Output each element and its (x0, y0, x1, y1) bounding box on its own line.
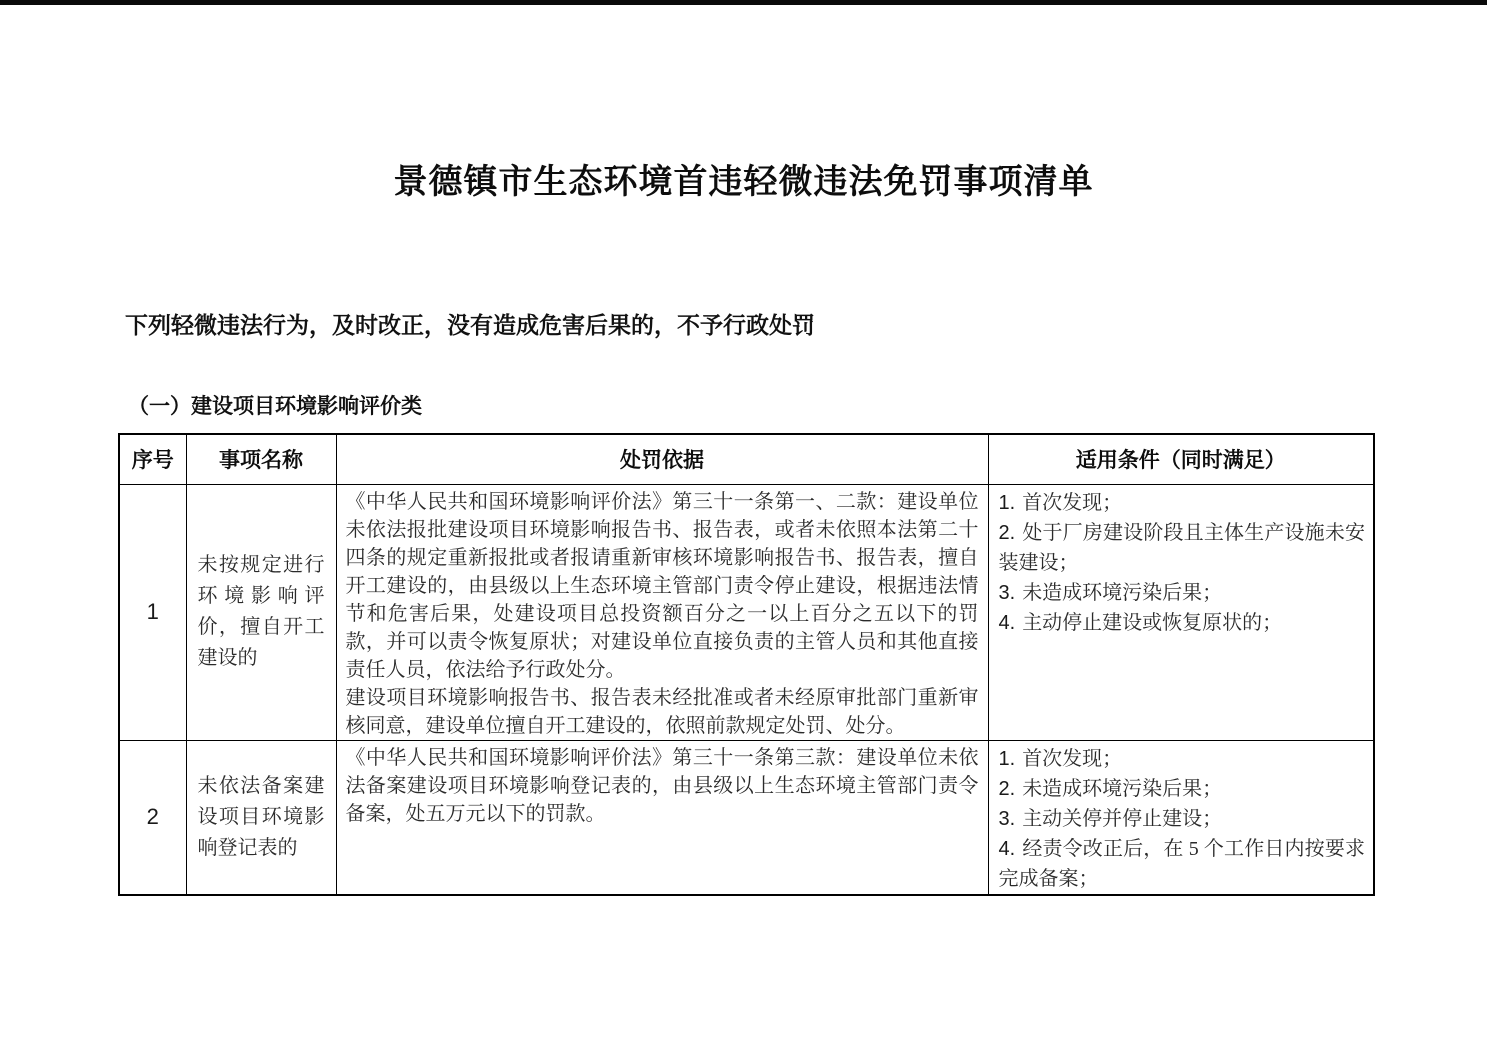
condition-item: 2.未造成环境污染后果； (999, 774, 1366, 804)
penalty-basis-cell: 《中华人民共和国环境影响评价法》第三十一条第一、二款：建设单位未依法报批建设项目… (336, 484, 988, 740)
condition-number: 3. (999, 808, 1016, 830)
penalty-paragraph: 《中华人民共和国环境影响评价法》第三十一条第三款：建设单位未依法备案建设项目环境… (346, 744, 979, 828)
penalty-table: 序号 事项名称 处罚依据 适用条件（同时满足） 1 未按规定进行环境影响评价，擅… (118, 433, 1375, 896)
condition-item: 3.未造成环境污染后果； (999, 578, 1366, 608)
row-index: 1 (119, 484, 186, 740)
condition-text: 主动停止建设或恢复原状的； (1022, 612, 1282, 634)
condition-text: 首次发现； (1022, 492, 1122, 514)
condition-item: 2.处于厂房建设阶段且主体生产设施未安装建设； (999, 518, 1366, 578)
table-row: 1 未按规定进行环境影响评价，擅自开工建设的 《中华人民共和国环境影响评价法》第… (119, 484, 1374, 740)
condition-text: 经责令改正后，在 5 个工作日内按要求完成备案； (999, 838, 1366, 890)
condition-item: 3.主动关停并停止建设； (999, 804, 1366, 834)
condition-item: 4.经责令改正后，在 5 个工作日内按要求完成备案； (999, 834, 1366, 894)
penalty-paragraph: 《中华人民共和国环境影响评价法》第三十一条第一、二款：建设单位未依法报批建设项目… (346, 488, 979, 684)
condition-number: 4. (999, 612, 1016, 634)
condition-item: 1.首次发现； (999, 488, 1366, 518)
condition-number: 2. (999, 778, 1016, 800)
item-name-cell: 未按规定进行环境影响评价，擅自开工建设的 (186, 484, 336, 740)
conditions-cell: 1.首次发现； 2.处于厂房建设阶段且主体生产设施未安装建设； 3.未造成环境污… (988, 484, 1374, 740)
conditions-cell: 1.首次发现； 2.未造成环境污染后果； 3.主动关停并停止建设； 4.经责令改… (988, 740, 1374, 895)
table-row: 2 未依法备案建设项目环境影响登记表的 《中华人民共和国环境影响评价法》第三十一… (119, 740, 1374, 895)
condition-number: 1. (999, 492, 1016, 514)
document-page: 景德镇市生态环境首违轻微违法免罚事项清单 下列轻微违法行为，及时改正，没有造成危… (0, 0, 1487, 1051)
top-edge-bar (0, 0, 1487, 5)
condition-text: 未造成环境污染后果； (1022, 778, 1222, 800)
column-header-conditions: 适用条件（同时满足） (988, 434, 1374, 484)
item-name-cell: 未依法备案建设项目环境影响登记表的 (186, 740, 336, 895)
condition-text: 首次发现； (1022, 748, 1122, 770)
column-header-item-name: 事项名称 (186, 434, 336, 484)
condition-number: 2. (999, 522, 1016, 544)
condition-item: 1.首次发现； (999, 744, 1366, 774)
column-header-penalty-basis: 处罚依据 (336, 434, 988, 484)
condition-text: 处于厂房建设阶段且主体生产设施未安装建设； (999, 522, 1366, 574)
intro-text: 下列轻微违法行为，及时改正，没有造成危害后果的，不予行政处罚 (125, 309, 815, 341)
condition-item: 4.主动停止建设或恢复原状的； (999, 608, 1366, 638)
condition-number: 4. (999, 838, 1016, 860)
table-header-row: 序号 事项名称 处罚依据 适用条件（同时满足） (119, 434, 1374, 484)
penalty-basis-cell: 《中华人民共和国环境影响评价法》第三十一条第三款：建设单位未依法备案建设项目环境… (336, 740, 988, 895)
condition-number: 1. (999, 748, 1016, 770)
page-title: 景德镇市生态环境首违轻微违法免罚事项清单 (0, 160, 1487, 206)
penalty-paragraph: 建设项目环境影响报告书、报告表未经批准或者未经原审批部门重新审核同意，建设单位擅… (346, 684, 979, 740)
section-heading: （一）建设项目环境影响评价类 (128, 392, 422, 422)
column-header-index: 序号 (119, 434, 186, 484)
row-index: 2 (119, 740, 186, 895)
condition-text: 未造成环境污染后果； (1022, 582, 1222, 604)
condition-text: 主动关停并停止建设； (1022, 808, 1222, 830)
condition-number: 3. (999, 582, 1016, 604)
